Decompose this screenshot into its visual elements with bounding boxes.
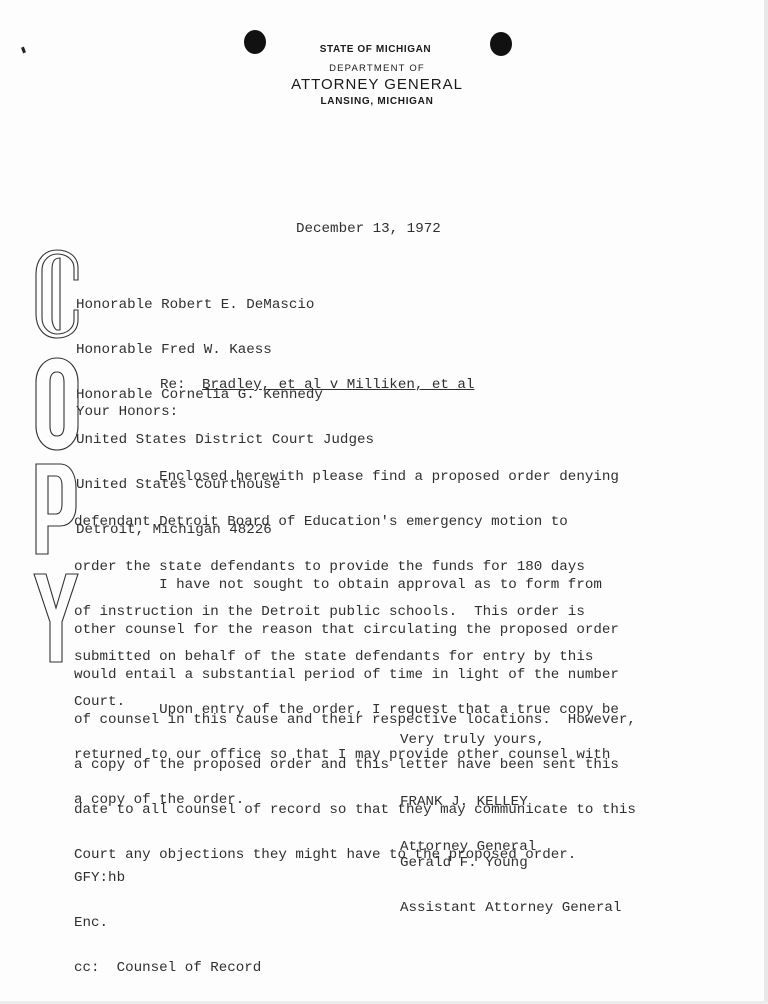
letterhead-city: LANSING, MICHIGAN — [0, 96, 754, 107]
body-line: a copy of the order. — [74, 793, 619, 808]
body-line: other counsel for the reason that circul… — [74, 623, 636, 638]
body-line: Enclosed herewith please find a proposed… — [74, 470, 619, 485]
copy-stamp-letter-y — [32, 572, 80, 664]
body-line: Upon entry of the order, I request that … — [74, 703, 619, 718]
addressee-line: Honorable Fred W. Kaess — [76, 343, 374, 358]
complimentary-close: Very truly yours, — [400, 733, 545, 748]
letterhead: STATE OF MICHIGAN DEPARTMENT OF ATTORNEY… — [0, 44, 754, 107]
letter-date: December 13, 1972 — [296, 222, 441, 237]
body-line: I have not sought to obtain approval as … — [74, 578, 636, 593]
body-line: returned to our office so that I may pro… — [74, 748, 619, 763]
body-line: defendant Detroit Board of Education's e… — [74, 515, 619, 530]
cc-notation: cc: Counsel of Record — [74, 961, 261, 976]
page-edge — [764, 0, 768, 1004]
letterhead-state: STATE OF MICHIGAN — [0, 44, 754, 55]
letterhead-department: DEPARTMENT OF — [0, 63, 754, 74]
cc-value: Counsel of Record — [117, 960, 262, 976]
reference-line: Re:Bradley, et al v Milliken, et al — [160, 378, 474, 393]
assistant-title: Assistant Attorney General — [400, 901, 621, 916]
letter-page: STATE OF MICHIGAN DEPARTMENT OF ATTORNEY… — [0, 0, 768, 1004]
reference-initials: GFY:hb — [74, 871, 261, 886]
notation-block: GFY:hb Enc. cc: Counsel of Record — [74, 841, 261, 1004]
signer-name: FRANK J. KELLEY — [400, 795, 536, 810]
copy-stamp-letter-o — [34, 356, 80, 452]
salutation: Your Honors: — [76, 405, 178, 420]
copy-stamp-letter-c — [34, 248, 80, 340]
assistant-signature-block: Gerald F. Young Assistant Attorney Gener… — [400, 826, 621, 946]
addressee-line: Honorable Robert E. DeMascio — [76, 298, 374, 313]
cc-label: cc: — [74, 960, 100, 976]
reference-case: Bradley, et al v Milliken, et al — [202, 377, 474, 393]
reference-label: Re: — [160, 378, 202, 393]
assistant-name: Gerald F. Young — [400, 856, 621, 871]
letterhead-office: ATTORNEY GENERAL — [0, 76, 754, 93]
body-paragraph: Upon entry of the order, I request that … — [74, 673, 619, 838]
copy-stamp-letter-p — [34, 462, 78, 556]
enclosure-notation: Enc. — [74, 916, 261, 931]
